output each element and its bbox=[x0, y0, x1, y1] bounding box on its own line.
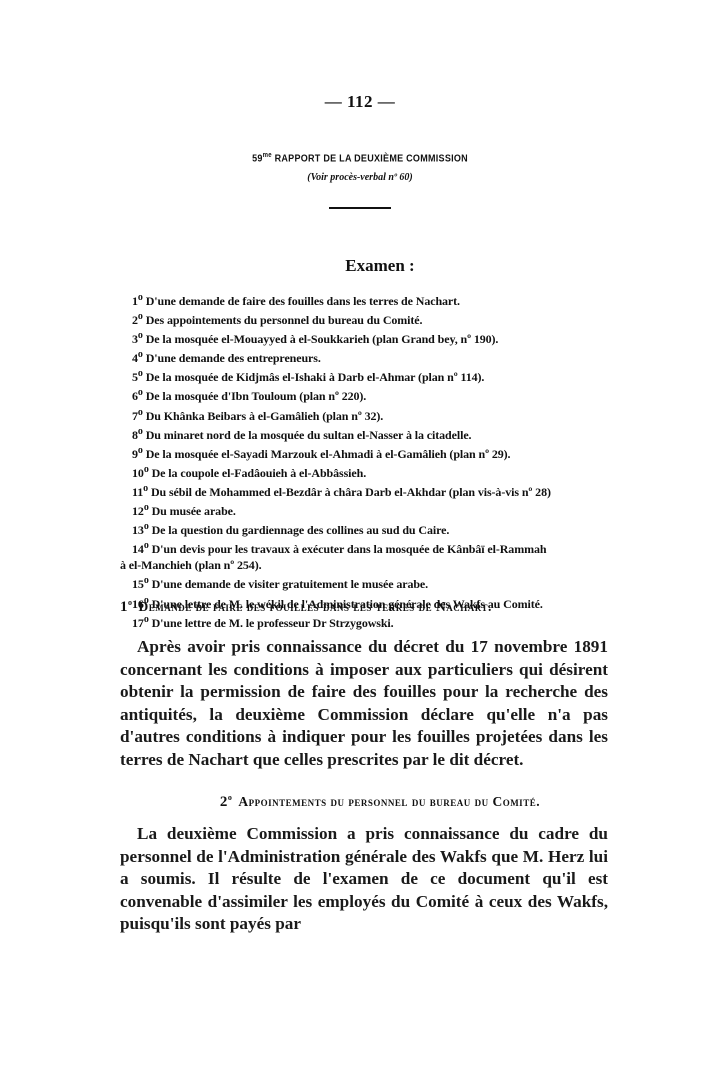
agenda-item: 11o Du sébil de Mohammed el-Bezdâr à châ… bbox=[120, 481, 610, 500]
agenda-item-text: D'une demande des entrepreneurs. bbox=[143, 351, 321, 365]
section-number: 2o bbox=[220, 794, 233, 810]
agenda-item-text: De la mosquée d'Ibn Touloum (plan nº 220… bbox=[143, 389, 366, 403]
agenda-item-text: De la question du gardiennage des collin… bbox=[149, 523, 450, 537]
section-heading-2: 2oAppointements du personnel du bureau d… bbox=[0, 793, 720, 811]
report-number-suffix: me bbox=[263, 152, 272, 159]
agenda-item: 1o D'une demande de faire des fouilles d… bbox=[120, 290, 610, 309]
agenda-item-text: D'un devis pour les travaux à exécuter d… bbox=[149, 542, 547, 556]
agenda-item-number: 10 bbox=[132, 465, 144, 481]
agenda-item-text: De la coupole el-Fadâouieh à el-Abbâssie… bbox=[149, 466, 366, 480]
agenda-item: 7o Du Khânka Beibars à el-Gamâlieh (plan… bbox=[120, 405, 610, 424]
agenda-item: 4o D'une demande des entrepreneurs. bbox=[120, 347, 610, 366]
report-title-text: RAPPORT DE LA DEUXIÈME COMMISSION bbox=[272, 153, 468, 165]
agenda-item: 12o Du musée arabe. bbox=[120, 500, 610, 519]
agenda-item: 9o De la mosquée el-Sayadi Marzouk el-Ah… bbox=[120, 443, 610, 462]
agenda-item-number: 12 bbox=[132, 503, 144, 519]
agenda-item: 10o De la coupole el-Fadâouieh à el-Abbâ… bbox=[120, 462, 610, 481]
report-subtitle: (Voir procès-verbal nº 60) bbox=[0, 172, 720, 183]
section-title: Demande de faire des fouilles dans les t… bbox=[139, 599, 492, 614]
agenda-item-text: De la mosquée de Kidjmâs el-Ishaki à Dar… bbox=[143, 370, 485, 384]
agenda-item-number: 15 bbox=[132, 576, 144, 592]
section-title: Appointements du personnel du bureau du … bbox=[238, 794, 540, 809]
divider-rule bbox=[329, 207, 391, 209]
page-number: — 112 — bbox=[0, 92, 720, 112]
section-body-1: Après avoir pris connaissance du décret … bbox=[120, 636, 608, 772]
agenda-item-text: Du Khânka Beibars à el-Gamâlieh (plan nº… bbox=[143, 409, 383, 423]
report-title: 59me RAPPORT DE LA DEUXIÈME COMMISSION bbox=[50, 152, 669, 165]
agenda-item-text: Des appointements du personnel du bureau… bbox=[143, 313, 423, 327]
section-number: 1o bbox=[120, 599, 133, 615]
agenda-item-number: 14 bbox=[132, 541, 144, 557]
agenda-item-text: Du minaret nord de la mosquée du sultan … bbox=[143, 428, 472, 442]
agenda-item-text: D'une lettre de M. le professeur Dr Strz… bbox=[149, 616, 394, 630]
agenda-item-text: Du musée arabe. bbox=[149, 504, 236, 518]
agenda-item-text: De la mosquée el-Mouayyed à el-Soukkarie… bbox=[143, 332, 499, 346]
section-heading-1: 1oDemande de faire des fouilles dans les… bbox=[0, 598, 720, 616]
agenda-item-number: 13 bbox=[132, 522, 144, 538]
agenda-item-text: Du sébil de Mohammed el-Bezdâr à châra D… bbox=[148, 485, 551, 499]
agenda-item: à el-Manchieh (plan nº 254). bbox=[120, 557, 610, 573]
agenda-item-text: De la mosquée el-Sayadi Marzouk el-Ahmad… bbox=[143, 447, 511, 461]
agenda-list: 1o D'une demande de faire des fouilles d… bbox=[120, 290, 610, 631]
agenda-item: 15o D'une demande de visiter gratuitemen… bbox=[120, 573, 610, 592]
agenda-item-text: D'une demande de faire des fouilles dans… bbox=[143, 294, 460, 308]
agenda-item: 8o Du minaret nord de la mosquée du sult… bbox=[120, 424, 610, 443]
agenda-item: 2o Des appointements du personnel du bur… bbox=[120, 309, 610, 328]
agenda-item-number: 17 bbox=[132, 615, 144, 631]
agenda-item: 13o De la question du gardiennage des co… bbox=[120, 519, 610, 538]
examen-heading: Examen : bbox=[0, 256, 720, 276]
agenda-item: 3o De la mosquée el-Mouayyed à el-Soukka… bbox=[120, 328, 610, 347]
agenda-item: 5o De la mosquée de Kidjmâs el-Ishaki à … bbox=[120, 366, 610, 385]
agenda-item-number: 11 bbox=[132, 484, 143, 500]
section-body-2: La deuxième Commission a pris connaissan… bbox=[120, 823, 608, 936]
agenda-item: 14o D'un devis pour les travaux à exécut… bbox=[120, 538, 610, 557]
report-number: 59 bbox=[252, 153, 263, 165]
agenda-item-text: à el-Manchieh (plan nº 254). bbox=[120, 558, 262, 572]
agenda-item: 6o De la mosquée d'Ibn Touloum (plan nº … bbox=[120, 385, 610, 404]
agenda-item-text: D'une demande de visiter gratuitement le… bbox=[149, 577, 428, 591]
